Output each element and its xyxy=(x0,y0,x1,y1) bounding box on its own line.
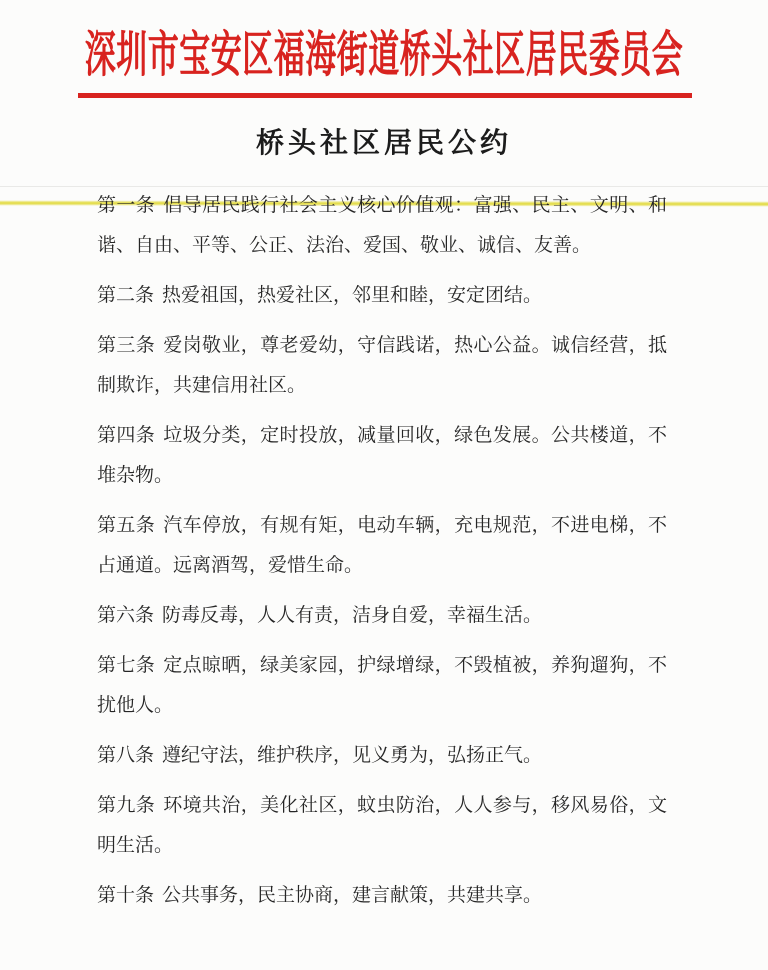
article-text: 定点晾晒，绿美家园，护绿增绿，不毁植被，养狗遛狗，不扰他人。 xyxy=(97,654,667,716)
article-text: 环境共治，美化社区，蚊虫防治，人人参与，移风易俗，文明生活。 xyxy=(97,794,667,856)
article-paragraph-2: 第二条热爱祖国，热爱社区，邻里和睦，安定团结。 xyxy=(97,275,667,315)
article-text: 遵纪守法，维护秩序，见义勇为，弘扬正气。 xyxy=(162,744,542,766)
article-text: 垃圾分类，定时投放，减量回收，绿色发展。公共楼道，不堆杂物。 xyxy=(97,424,667,486)
article-text: 热爱祖国，热爱社区，邻里和睦，安定团结。 xyxy=(162,284,542,306)
article-number: 第四条 xyxy=(97,424,155,446)
letterhead-text: 深圳市宝安区福海街道桥头社区居民委员会 xyxy=(85,13,684,84)
article-number: 第一条 xyxy=(97,194,155,216)
article-paragraph-6: 第六条防毒反毒，人人有责，洁身自爱，幸福生活。 xyxy=(97,595,667,635)
article-paragraph-9: 第九条环境共治，美化社区，蚊虫防治，人人参与，移风易俗，文明生活。 xyxy=(97,785,667,865)
article-paragraph-5: 第五条汽车停放，有规有矩，电动车辆，充电规范，不进电梯，不占通道。远离酒驾，爱惜… xyxy=(97,505,667,585)
articles-section: 第一条倡导居民践行社会主义核心价值观：富强、民主、文明、和谐、自由、平等、公正、… xyxy=(97,185,667,925)
article-number: 第八条 xyxy=(97,744,154,766)
article-paragraph-3: 第三条爱岗敬业，尊老爱幼，守信践诺，热心公益。诚信经营，抵制欺诈，共建信用社区。 xyxy=(97,325,667,405)
article-number: 第二条 xyxy=(97,284,154,306)
article-paragraph-1: 第一条倡导居民践行社会主义核心价值观：富强、民主、文明、和谐、自由、平等、公正、… xyxy=(97,185,667,265)
article-text: 爱岗敬业，尊老爱幼，守信践诺，热心公益。诚信经营，抵制欺诈，共建信用社区。 xyxy=(97,334,667,396)
letterhead-divider-rule xyxy=(78,93,692,98)
article-number: 第九条 xyxy=(97,794,155,816)
article-text: 防毒反毒，人人有责，洁身自爱，幸福生活。 xyxy=(162,604,542,626)
article-number: 第七条 xyxy=(97,654,155,676)
article-text: 公共事务，民主协商，建言献策，共建共享。 xyxy=(162,884,542,906)
article-number: 第五条 xyxy=(97,514,155,536)
article-text: 倡导居民践行社会主义核心价值观：富强、民主、文明、和谐、自由、平等、公正、法治、… xyxy=(97,194,667,256)
letterhead-committee-name: 深圳市宝安区福海街道桥头社区居民委员会 xyxy=(0,20,768,78)
article-paragraph-10: 第十条公共事务，民主协商，建言献策，共建共享。 xyxy=(97,875,667,915)
article-paragraph-4: 第四条垃圾分类，定时投放，减量回收，绿色发展。公共楼道，不堆杂物。 xyxy=(97,415,667,495)
article-paragraph-7: 第七条定点晾晒，绿美家园，护绿增绿，不毁植被，养狗遛狗，不扰他人。 xyxy=(97,645,667,725)
article-number: 第十条 xyxy=(97,884,154,906)
article-number: 第三条 xyxy=(97,334,155,356)
document-title: 桥头社区居民公约 xyxy=(0,126,768,160)
article-text: 汽车停放，有规有矩，电动车辆，充电规范，不进电梯，不占通道。远离酒驾，爱惜生命。 xyxy=(97,514,667,576)
article-paragraph-8: 第八条遵纪守法，维护秩序，见义勇为，弘扬正气。 xyxy=(97,735,667,775)
scanned-document-page: 深圳市宝安区福海街道桥头社区居民委员会 桥头社区居民公约 第一条倡导居民践行社会… xyxy=(0,0,768,970)
article-number: 第六条 xyxy=(97,604,154,626)
